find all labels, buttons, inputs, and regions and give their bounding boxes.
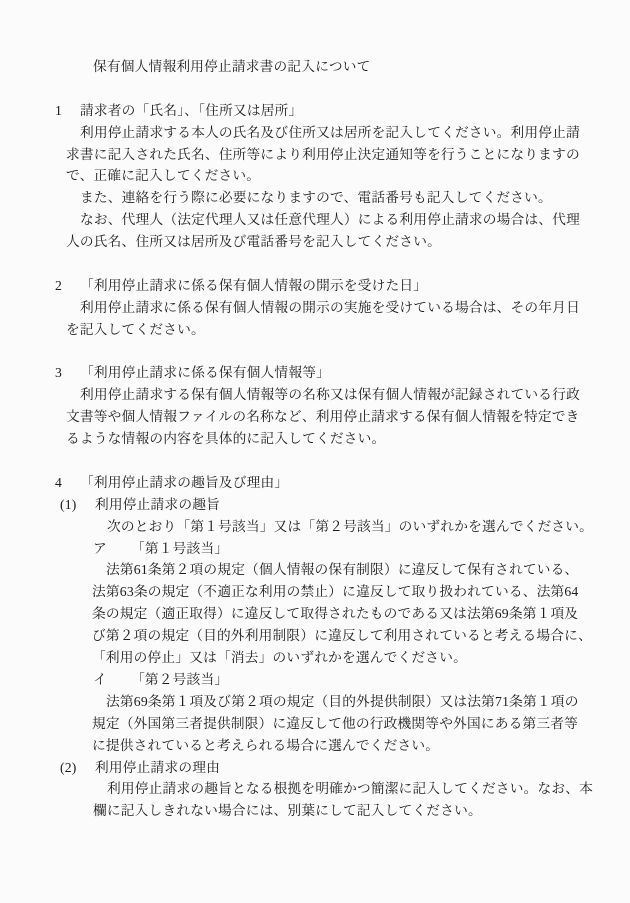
paragraph-line: 利用停止請求に係る保有個人情報の開示の実施を受けている場合は、その年月日 <box>55 297 575 319</box>
paragraph-line: に提供されていると考えられる場合に選んでください。 <box>55 735 575 757</box>
paragraph-line: 法第69条第１項及び第２項の規定（目的外提供制限）又は法第71条第１項の <box>55 691 575 713</box>
kana-subitem-heading: ア「第１号該当」 <box>55 538 575 560</box>
kana-subitem-heading: イ「第２号該当」 <box>55 669 575 691</box>
blank-line <box>55 450 575 472</box>
paragraph-line: 文書等や個人情報ファイルの名称など、利用停止請求する保有個人情報を特定でき <box>55 406 575 428</box>
paragraph-line: 求書に記入された氏名、住所等により利用停止決定通知等を行うことになりますの <box>55 144 575 166</box>
heading-text: 「利用停止請求の趣旨及び理由」 <box>55 472 288 494</box>
paragraph-line: 法第63条の規定（不適正な利用の禁止）に違反して取り扱われている、法第64 <box>55 581 575 603</box>
document-title: 保有個人情報利用停止請求書の記入について <box>55 56 575 78</box>
section-number: 2 <box>55 275 62 297</box>
paragraph-line: るような情報の内容を具体的に記入してください。 <box>55 428 575 450</box>
heading-text: 請求者の「氏名」、「住所又は居所」 <box>55 100 302 122</box>
heading-text: 「第２号該当」 <box>55 669 228 691</box>
subsection-heading: (1)利用停止請求の趣旨 <box>55 494 575 516</box>
paragraph-line: 利用停止請求する保有個人情報等の名称又は保有個人情報が記録されている行政 <box>55 384 575 406</box>
paragraph-line: 人の氏名、住所又は居所及び電話番号を記入してください。 <box>55 231 575 253</box>
blank-line <box>55 253 575 275</box>
section-heading: 4「利用停止請求の趣旨及び理由」 <box>55 472 575 494</box>
paragraph-line: 規定（外国第三者提供制限）に違反して他の行政機関等や外国にある第三者等 <box>55 713 575 735</box>
kana-marker: イ <box>93 669 107 691</box>
paragraph-line: 次のとおり「第１号該当」又は「第２号該当」のいずれかを選んでください。 <box>55 516 575 538</box>
heading-text: 「利用停止請求に係る保有個人情報等」 <box>55 362 330 384</box>
document-page: 保有個人情報利用停止請求書の記入について1請求者の「氏名」、「住所又は居所」利用… <box>0 0 630 903</box>
heading-text: 利用停止請求の趣旨 <box>55 494 220 516</box>
paragraph-line: 条の規定（適正取得）に違反して取得されたものである又は法第69条第１項及 <box>55 603 575 625</box>
section-number: 4 <box>55 472 62 494</box>
paragraph-line: を記入してください。 <box>55 319 575 341</box>
section-number: 1 <box>55 100 62 122</box>
subsection-heading: (2)利用停止請求の理由 <box>55 757 575 779</box>
paragraph-line: び第２項の規定（目的外利用制限）に違反して利用されていると考える場合に、 <box>55 625 575 647</box>
paragraph-line: なお、代理人（法定代理人又は任意代理人）による利用停止請求の場合は、代理 <box>55 209 575 231</box>
heading-text: 利用停止請求の理由 <box>55 757 220 779</box>
section-heading: 2「利用停止請求に係る保有個人情報の開示を受けた日」 <box>55 275 575 297</box>
section-number: 3 <box>55 362 62 384</box>
paragraph-line: 利用停止請求の趣旨となる根拠を明確かつ簡潔に記入してください。なお、本 <box>55 778 575 800</box>
paragraph-line: 利用停止請求する本人の氏名及び住所又は居所を記入してください。利用停止請 <box>55 122 575 144</box>
section-heading: 3「利用停止請求に係る保有個人情報等」 <box>55 362 575 384</box>
section-heading: 1請求者の「氏名」、「住所又は居所」 <box>55 100 575 122</box>
document-body: 保有個人情報利用停止請求書の記入について1請求者の「氏名」、「住所又は居所」利用… <box>55 56 575 822</box>
blank-line <box>55 341 575 363</box>
heading-text: 「利用停止請求に係る保有個人情報の開示を受けた日」 <box>55 275 427 297</box>
heading-text: 「第１号該当」 <box>55 538 228 560</box>
paragraph-line: 欄に記入しきれない場合には、別葉にして記入してください。 <box>55 800 575 822</box>
paragraph-line: また、連絡を行う際に必要になりますので、電話番号も記入してください。 <box>55 187 575 209</box>
paragraph-line: で、正確に記入してください。 <box>55 165 575 187</box>
subsection-number: (2) <box>60 757 77 779</box>
kana-marker: ア <box>93 538 107 560</box>
paragraph-line: 法第61条第２項の規定（個人情報の保有制限）に違反して保有されている、 <box>55 559 575 581</box>
blank-line <box>55 78 575 100</box>
paragraph-line: 「利用の停止」又は「消去」のいずれかを選んでください。 <box>55 647 575 669</box>
subsection-number: (1) <box>60 494 77 516</box>
